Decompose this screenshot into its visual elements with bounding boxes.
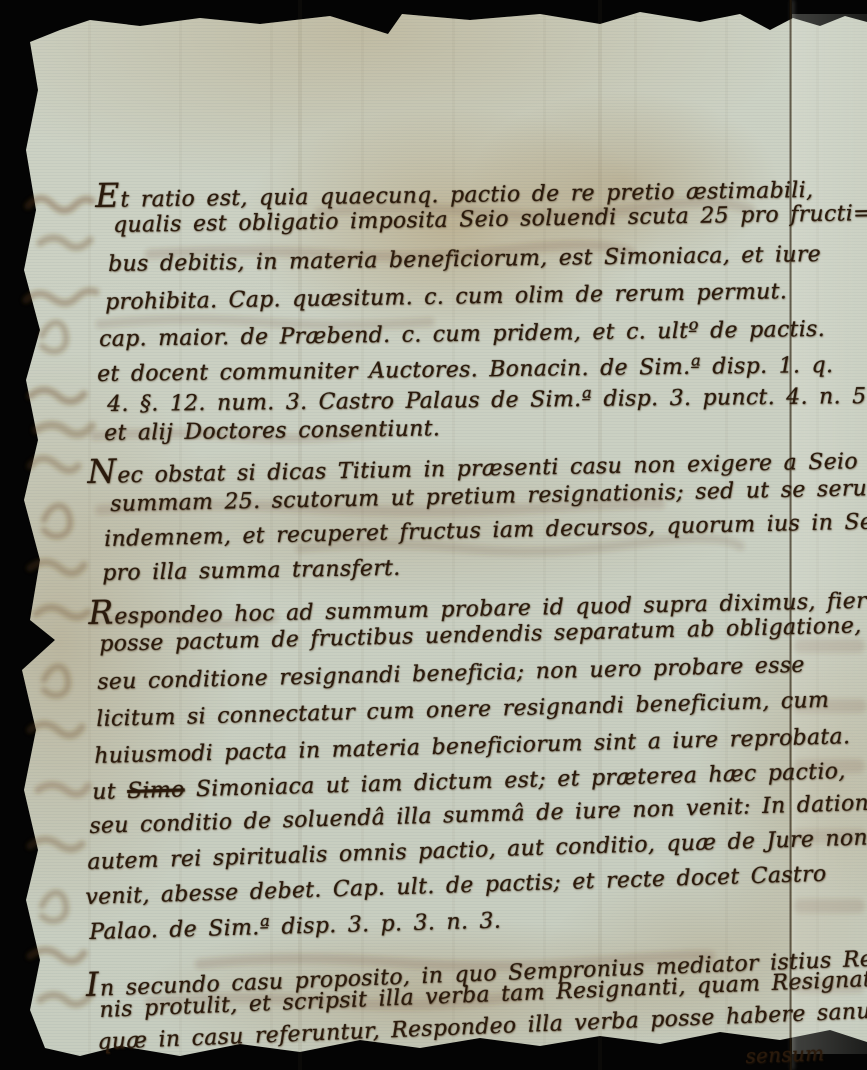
manuscript-line: pro illa summa transfert. (102, 556, 401, 586)
photograph-background: Et ratio est, quia quaecunq. pactio de r… (0, 0, 867, 1070)
line-segment: ut (92, 779, 128, 805)
struck-word: Simo (127, 777, 185, 804)
manuscript-line: et alij Doctores consentiunt. (104, 416, 440, 446)
catchword: sensum (745, 1041, 825, 1068)
